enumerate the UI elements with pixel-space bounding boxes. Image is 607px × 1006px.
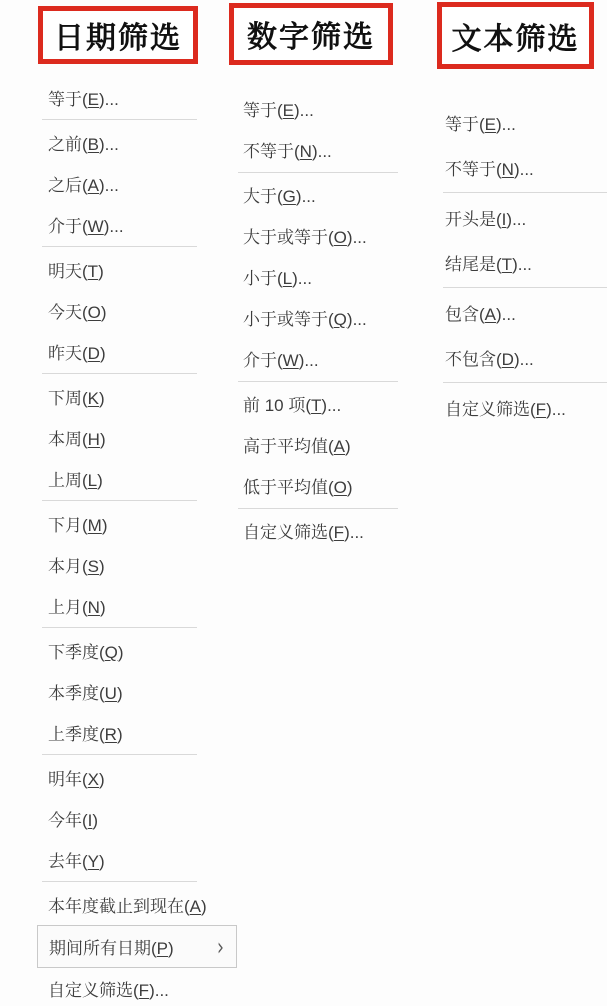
menu-item[interactable]: 前 10 项(T)... bbox=[238, 383, 400, 424]
accelerator-key: F bbox=[139, 981, 149, 1000]
menu-item-label: 介于(W)... bbox=[243, 346, 319, 371]
accelerator-key: E bbox=[88, 90, 99, 109]
menu-item-label: 前 10 项(T)... bbox=[243, 391, 341, 416]
menu-item[interactable]: 昨天(D) bbox=[37, 331, 237, 372]
accelerator-key: O bbox=[88, 303, 101, 322]
accelerator-key: O bbox=[334, 228, 347, 247]
menu-item-label: 昨天(D) bbox=[48, 339, 106, 364]
accelerator-key: I bbox=[88, 811, 93, 830]
menu-item-label: 下月(M) bbox=[48, 511, 108, 536]
menu-divider bbox=[238, 381, 398, 382]
menu-item[interactable]: 本周(H) bbox=[37, 417, 237, 458]
menu-item-label: 大于或等于(O)... bbox=[243, 223, 367, 248]
accelerator-key: A bbox=[485, 305, 496, 324]
menu-item-label: 低于平均值(O) bbox=[243, 473, 353, 498]
menu-divider bbox=[238, 172, 398, 173]
accelerator-key: D bbox=[88, 344, 100, 363]
accelerator-key: U bbox=[105, 684, 117, 703]
accelerator-key: F bbox=[536, 400, 546, 419]
menu-item[interactable]: 介于(W)... bbox=[238, 338, 400, 379]
menu-item[interactable]: 不包含(D)... bbox=[443, 335, 607, 380]
menu-item-label: 本周(H) bbox=[48, 425, 106, 450]
menu-item[interactable]: 结尾是(T)... bbox=[443, 240, 607, 285]
text-filters-menu: 等于(E)...不等于(N)...开头是(I)...结尾是(T)...包含(A)… bbox=[443, 100, 607, 430]
menu-item-label: 今年(I) bbox=[48, 806, 98, 831]
menu-item[interactable]: 低于平均值(O) bbox=[238, 465, 400, 506]
accelerator-key: S bbox=[88, 557, 99, 576]
date-filters-header: 日期筛选 bbox=[38, 6, 198, 64]
accelerator-key: A bbox=[190, 897, 201, 916]
menu-item[interactable]: 下季度(Q) bbox=[37, 630, 237, 671]
menu-item-label: 不包含(D)... bbox=[445, 345, 534, 370]
date-filters-menu: 等于(E)...之前(B)...之后(A)...介于(W)...明天(T)今天(… bbox=[37, 77, 237, 1006]
menu-item[interactable]: 之前(B)... bbox=[37, 122, 237, 163]
menu-item[interactable]: 不等于(N)... bbox=[238, 129, 400, 170]
menu-item[interactable]: 上季度(R) bbox=[37, 712, 237, 753]
menu-item[interactable]: 大于或等于(O)... bbox=[238, 215, 400, 256]
menu-item[interactable]: 包含(A)... bbox=[443, 290, 607, 335]
accelerator-key: M bbox=[88, 516, 102, 535]
accelerator-key: E bbox=[485, 115, 496, 134]
menu-item-label: 介于(W)... bbox=[48, 212, 124, 237]
menu-item-label: 小于或等于(Q)... bbox=[243, 305, 367, 330]
accelerator-key: P bbox=[157, 939, 168, 958]
accelerator-key: O bbox=[334, 478, 347, 497]
menu-item-label: 小于(L)... bbox=[243, 264, 312, 289]
accelerator-key: N bbox=[300, 142, 312, 161]
menu-item-label: 自定义筛选(F)... bbox=[445, 395, 566, 420]
menu-item[interactable]: 本月(S) bbox=[37, 544, 237, 585]
accelerator-key: W bbox=[283, 351, 299, 370]
menu-item-label: 本年度截止到现在(A) bbox=[48, 892, 207, 917]
menu-divider bbox=[238, 508, 398, 509]
menu-item[interactable]: 等于(E)... bbox=[238, 88, 400, 129]
accelerator-key: B bbox=[88, 135, 99, 154]
accelerator-key: T bbox=[311, 396, 321, 415]
accelerator-key: T bbox=[88, 262, 98, 281]
menu-divider bbox=[443, 382, 607, 383]
menu-divider bbox=[42, 246, 197, 247]
accelerator-key: A bbox=[88, 176, 99, 195]
menu-item-label: 结尾是(T)... bbox=[445, 250, 532, 275]
menu-item-label: 本季度(U) bbox=[48, 679, 123, 704]
menu-item-label: 包含(A)... bbox=[445, 300, 516, 325]
accelerator-key: D bbox=[502, 350, 514, 369]
menu-divider bbox=[42, 500, 197, 501]
accelerator-key: I bbox=[502, 210, 507, 229]
menu-item[interactable]: 今年(I) bbox=[37, 798, 237, 839]
accelerator-key: H bbox=[88, 430, 100, 449]
accelerator-key: Q bbox=[334, 310, 347, 329]
accelerator-key: T bbox=[502, 255, 512, 274]
accelerator-key: R bbox=[105, 725, 117, 744]
menu-item[interactable]: 高于平均值(A) bbox=[238, 424, 400, 465]
menu-item-label: 不等于(N)... bbox=[243, 137, 332, 162]
menu-item-label: 等于(E)... bbox=[445, 110, 516, 135]
accelerator-key: K bbox=[88, 389, 99, 408]
menu-item[interactable]: 上周(L) bbox=[37, 458, 237, 499]
number-filters-header: 数字筛选 bbox=[229, 3, 393, 65]
menu-divider bbox=[443, 287, 607, 288]
menu-item[interactable]: 上月(N) bbox=[37, 585, 237, 626]
submenu-chevron-icon: › bbox=[217, 935, 233, 959]
menu-item[interactable]: 开头是(I)... bbox=[443, 195, 607, 240]
menu-item[interactable]: 自定义筛选(F)... bbox=[37, 968, 237, 1006]
menu-item[interactable]: 小于或等于(Q)... bbox=[238, 297, 400, 338]
menu-item-label: 不等于(N)... bbox=[445, 155, 534, 180]
accelerator-key: A bbox=[334, 437, 345, 456]
menu-item[interactable]: 期间所有日期(P)› bbox=[37, 925, 237, 968]
menu-item-label: 期间所有日期(P) bbox=[49, 934, 174, 959]
menu-item-label: 上季度(R) bbox=[48, 720, 123, 745]
menu-item[interactable]: 明年(X) bbox=[37, 757, 237, 798]
menu-item-label: 之前(B)... bbox=[48, 130, 119, 155]
menu-item[interactable]: 等于(E)... bbox=[37, 77, 237, 118]
menu-divider bbox=[42, 881, 197, 882]
menu-item-label: 本月(S) bbox=[48, 552, 105, 577]
menu-divider bbox=[42, 754, 197, 755]
accelerator-key: E bbox=[283, 101, 294, 120]
accelerator-key: Q bbox=[105, 643, 118, 662]
accelerator-key: X bbox=[88, 770, 99, 789]
menu-item[interactable]: 本季度(U) bbox=[37, 671, 237, 712]
accelerator-key: F bbox=[334, 523, 344, 542]
menu-item[interactable]: 下月(M) bbox=[37, 503, 237, 544]
accelerator-key: L bbox=[283, 269, 292, 288]
menu-item-label: 大于(G)... bbox=[243, 182, 316, 207]
menu-item-label: 下季度(Q) bbox=[48, 638, 124, 663]
menu-item[interactable]: 今天(O) bbox=[37, 290, 237, 331]
menu-item-label: 上月(N) bbox=[48, 593, 106, 618]
menu-item[interactable]: 之后(A)... bbox=[37, 163, 237, 204]
menu-item-label: 明天(T) bbox=[48, 257, 104, 282]
menu-item-label: 之后(A)... bbox=[48, 171, 119, 196]
accelerator-key: L bbox=[88, 471, 97, 490]
menu-item[interactable]: 等于(E)... bbox=[443, 100, 607, 145]
menu-item[interactable]: 小于(L)... bbox=[238, 256, 400, 297]
menu-item-label: 高于平均值(A) bbox=[243, 432, 351, 457]
menu-item-label: 等于(E)... bbox=[243, 96, 314, 121]
menu-divider bbox=[42, 373, 197, 374]
menu-divider bbox=[42, 119, 197, 120]
menu-item[interactable]: 自定义筛选(F)... bbox=[443, 385, 607, 430]
menu-item[interactable]: 本年度截止到现在(A) bbox=[37, 884, 237, 925]
menu-item-label: 自定义筛选(F)... bbox=[243, 518, 364, 543]
menu-item[interactable]: 明天(T) bbox=[37, 249, 237, 290]
number-filters-menu: 等于(E)...不等于(N)...大于(G)...大于或等于(O)...小于(L… bbox=[238, 88, 400, 551]
menu-item-label: 开头是(I)... bbox=[445, 205, 526, 230]
menu-item[interactable]: 介于(W)... bbox=[37, 204, 237, 245]
menu-item-label: 明年(X) bbox=[48, 765, 105, 790]
accelerator-key: N bbox=[502, 160, 514, 179]
menu-item[interactable]: 下周(K) bbox=[37, 376, 237, 417]
menu-item[interactable]: 大于(G)... bbox=[238, 174, 400, 215]
menu-item[interactable]: 不等于(N)... bbox=[443, 145, 607, 190]
menu-item-label: 等于(E)... bbox=[48, 85, 119, 110]
accelerator-key: G bbox=[283, 187, 296, 206]
menu-item-label: 上周(L) bbox=[48, 466, 103, 491]
menu-divider bbox=[42, 627, 197, 628]
menu-item[interactable]: 自定义筛选(F)... bbox=[238, 510, 400, 551]
accelerator-key: N bbox=[88, 598, 100, 617]
accelerator-key: W bbox=[88, 217, 104, 236]
menu-divider bbox=[443, 192, 607, 193]
menu-item-label: 自定义筛选(F)... bbox=[48, 976, 169, 1001]
menu-item-label: 下周(K) bbox=[48, 384, 105, 409]
menu-item[interactable]: 去年(Y) bbox=[37, 839, 237, 880]
menu-item-label: 今天(O) bbox=[48, 298, 107, 323]
text-filters-header: 文本筛选 bbox=[437, 2, 594, 69]
screenshot-canvas: 日期筛选 数字筛选 文本筛选 等于(E)...之前(B)...之后(A)...介… bbox=[0, 0, 607, 1006]
menu-item-label: 去年(Y) bbox=[48, 847, 105, 872]
accelerator-key: Y bbox=[88, 852, 99, 871]
